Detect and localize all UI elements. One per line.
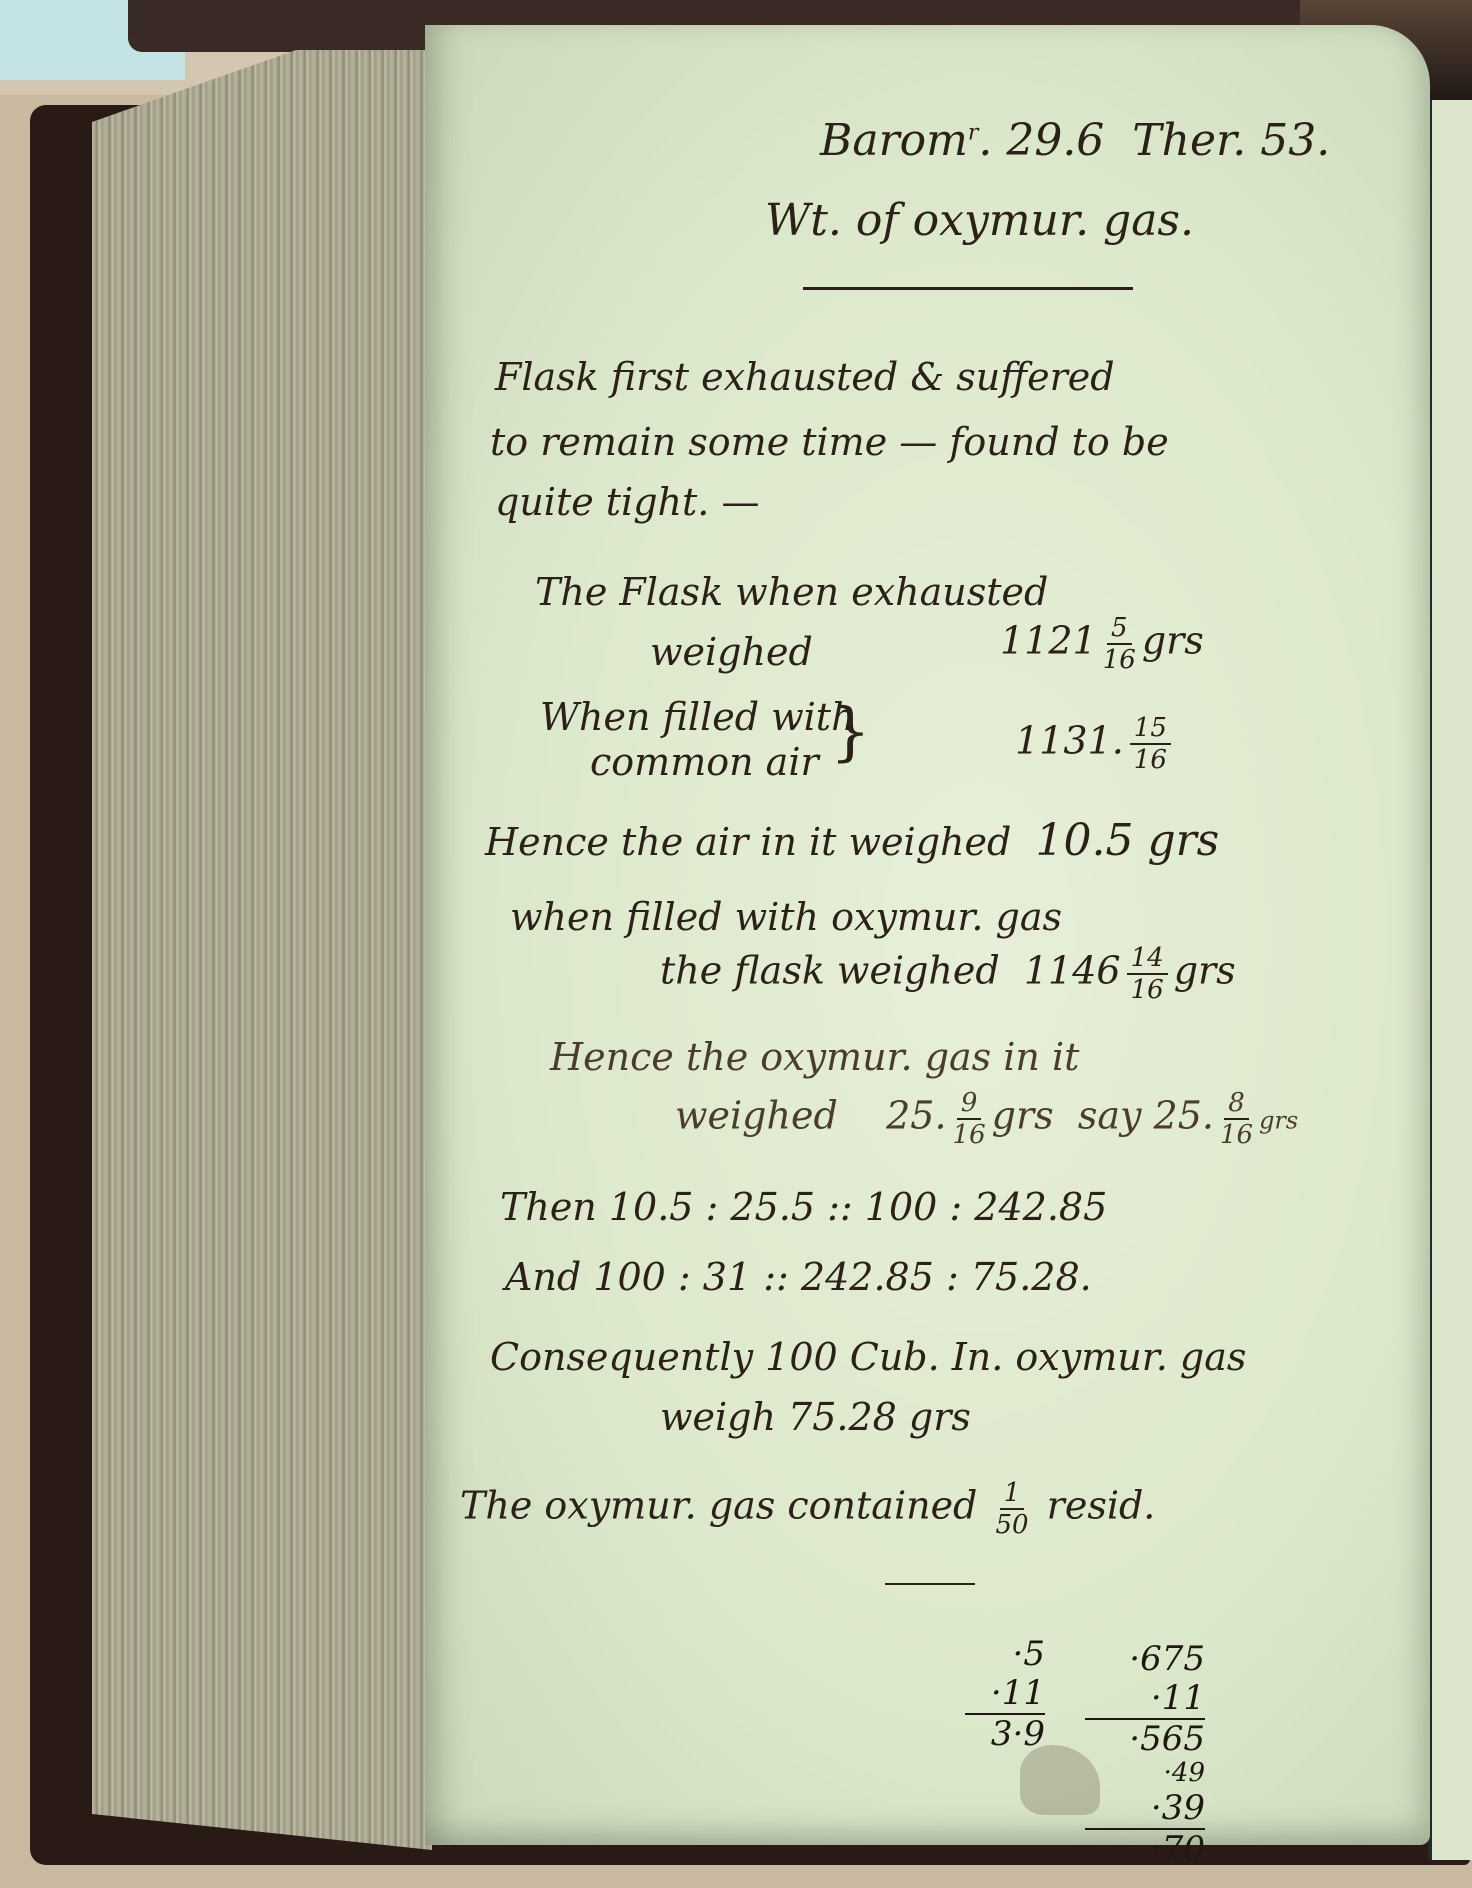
common-air-line-1: When filled with bbox=[540, 695, 856, 739]
page-edges bbox=[92, 50, 432, 1850]
residue-line: The oxymur. gas contained 150 resid. bbox=[460, 1480, 1155, 1538]
calc-right: ·675 ·11 ·565 ·49 ·39 ·70 bbox=[1085, 1640, 1205, 1869]
oxy-gas-line-2: weighed 25.916grs say 25.816grs bbox=[675, 1090, 1298, 1148]
header-readings: Baromr. 29.6 Ther. 53. bbox=[820, 115, 1330, 166]
barometer-label: Barom bbox=[820, 115, 968, 166]
oxy-line-2: the flask weighed 11461416grs bbox=[660, 945, 1236, 1003]
air-weight-text: Hence the air in it weighed 10.5 grs bbox=[485, 815, 1219, 866]
intro-line-1: Flask first exhausted & suffered bbox=[495, 355, 1115, 399]
calc-left: ·5 ·11 3·9 bbox=[965, 1635, 1045, 1754]
facing-page-edge bbox=[1428, 100, 1472, 1860]
thermometer-value: 53. bbox=[1260, 115, 1330, 166]
brace-symbol: } bbox=[830, 695, 871, 769]
oxy-gas-line-1: Hence the oxymur. gas in it bbox=[550, 1035, 1079, 1079]
page-title: Wt. of oxymur. gas. bbox=[765, 195, 1194, 246]
exhausted-line-1: The Flask when exhausted bbox=[535, 570, 1048, 614]
common-air-line-2: common air bbox=[590, 740, 819, 784]
ratio-line-2: And 100 : 31 :: 242.85 : 75.28. bbox=[505, 1255, 1092, 1299]
conclusion-line-1: Consequently 100 Cub. In. oxymur. gas bbox=[490, 1335, 1246, 1379]
conclusion-line-2: weigh 75.28 grs bbox=[660, 1395, 971, 1439]
common-air-weight: 1131.1516 bbox=[1015, 715, 1177, 773]
notebook-page: Baromr. 29.6 Ther. 53. Wt. of oxymur. ga… bbox=[425, 25, 1430, 1845]
intro-line-2: to remain some time — found to be bbox=[490, 420, 1169, 464]
barometer-value: 29.6 bbox=[1006, 115, 1104, 166]
title-underline bbox=[803, 287, 1133, 290]
ratio-line-1: Then 10.5 : 25.5 :: 100 : 242.85 bbox=[500, 1185, 1107, 1229]
exhausted-line-2: weighed bbox=[650, 630, 813, 674]
section-divider bbox=[885, 1583, 975, 1585]
thermometer-label: Ther. bbox=[1132, 115, 1246, 166]
intro-line-3: quite tight. — bbox=[495, 480, 759, 524]
exhausted-weight: 1121516grs bbox=[1000, 615, 1204, 673]
oxy-line-1: when filled with oxymur. gas bbox=[510, 895, 1062, 939]
